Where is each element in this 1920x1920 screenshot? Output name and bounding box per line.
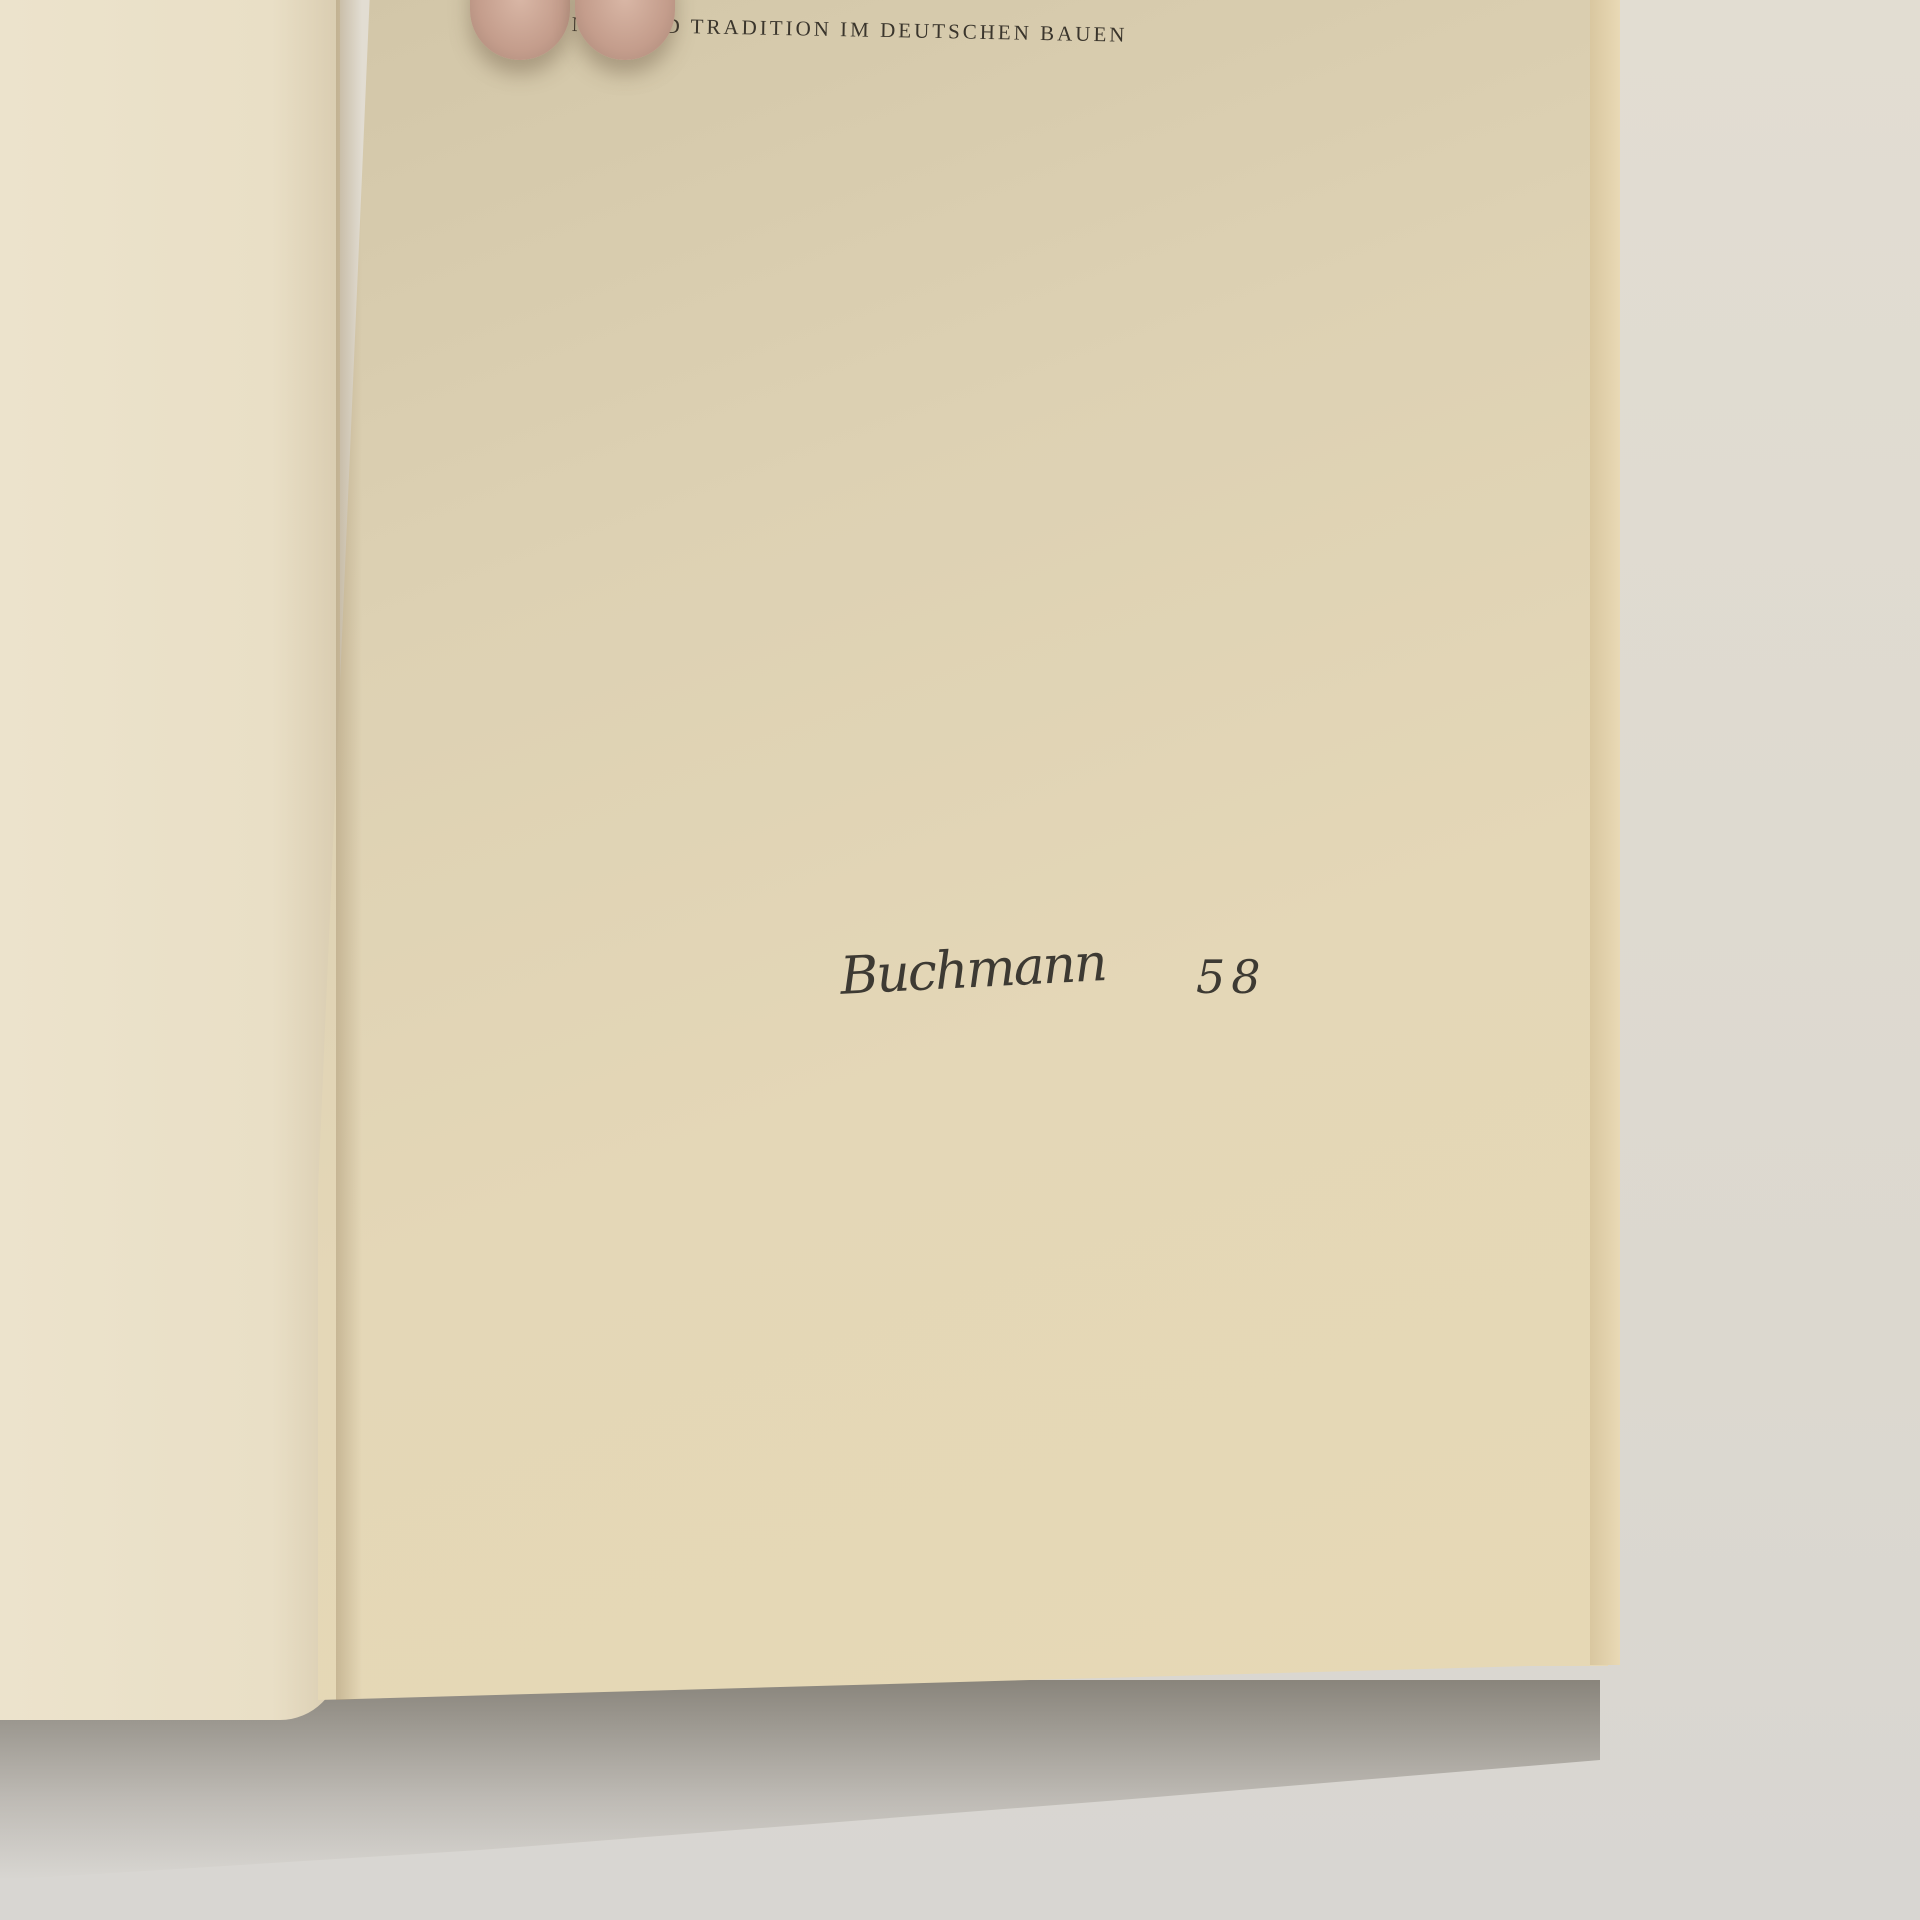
page-edge — [1590, 0, 1620, 1665]
signature-year: 58 — [1196, 950, 1267, 1004]
right-page — [318, 0, 1608, 1700]
finger — [470, 0, 570, 60]
finger — [575, 0, 675, 60]
holding-fingers — [470, 0, 680, 65]
left-page — [0, 0, 340, 1720]
book-gutter — [336, 0, 362, 1700]
